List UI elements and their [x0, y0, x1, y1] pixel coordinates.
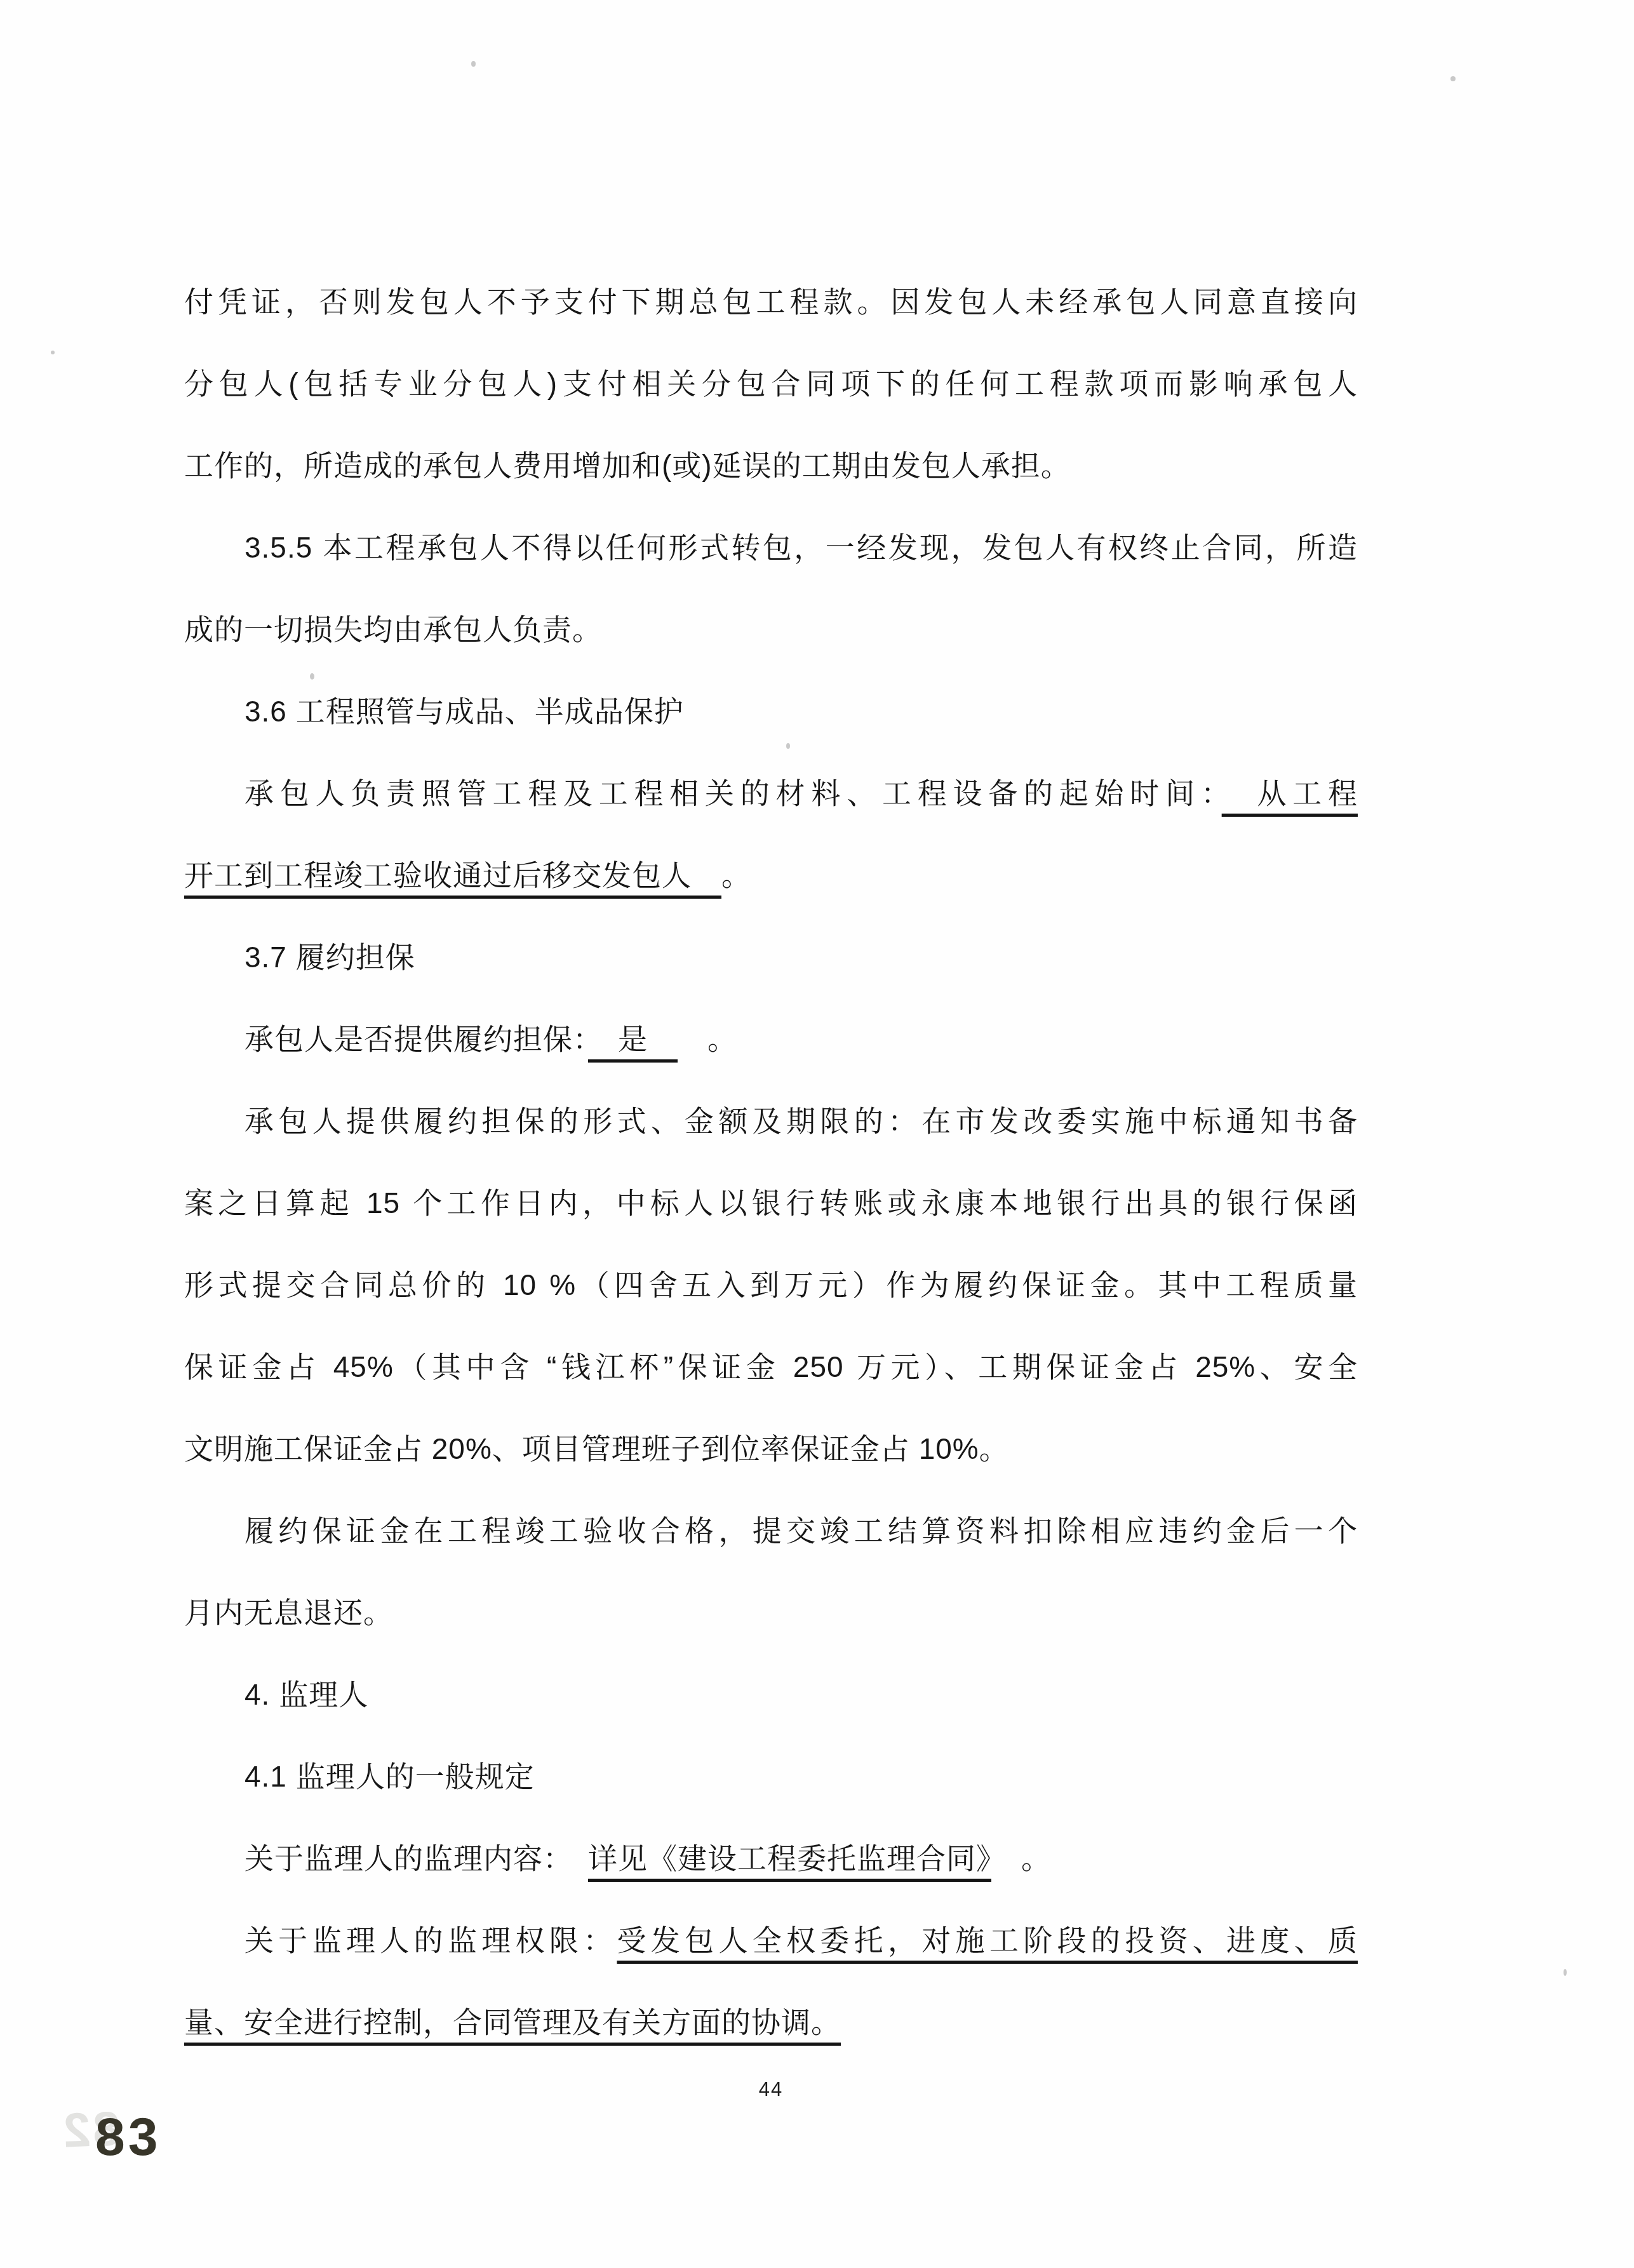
text-segment: 月内无息退还。 — [184, 1596, 393, 1629]
text-line: 承包人提供履约担保的形式、金额及期限的：在市发改委实施中标通知书备 — [184, 1080, 1358, 1162]
text-segment: 4. 监理人 — [244, 1678, 368, 1711]
scan-speck — [1564, 1969, 1567, 1976]
text-segment: 成的一切损失均由承包人负责。 — [184, 613, 602, 646]
text-segment: 工作的，所造成的承包人费用增加和(或)延误的工期由发包人承担。 — [184, 449, 1071, 482]
text-segment: 付凭证，否则发包人不予支付下期总包工程款。因发包人未经承包人同意直接向 — [184, 285, 1358, 318]
text-line: 4.1 监理人的一般规定 — [184, 1736, 1358, 1818]
text-line: 形式提交合同总价的 10 %（四舍五入到万元）作为履约保证金。其中工程质量 — [184, 1244, 1358, 1326]
text-line: 保证金占 45%（其中含 “钱江杯”保证金 250 万元）、工期保证金占 25%… — [184, 1326, 1358, 1408]
underlined-entry: 从工程 — [1222, 777, 1358, 810]
text-line: 承包人负责照管工程及工程相关的材料、工程设备的起始时间： 从工程 — [184, 753, 1358, 835]
text-segment: 文明施工保证金占 20%、项目管理班子到位率保证金占 10%。 — [184, 1432, 1009, 1465]
text-line: 3.7 履约担保 — [184, 916, 1358, 998]
text-segment: 关于监理人的监理内容： — [244, 1842, 588, 1875]
stamped-sheet-number: 83 — [95, 2106, 161, 2168]
scan-speck — [1450, 76, 1456, 81]
text-segment: 4.1 监理人的一般规定 — [244, 1760, 535, 1793]
text-segment: 承包人负责照管工程及工程相关的材料、工程设备的起始时间： — [244, 777, 1222, 810]
text-line: 关于监理人的监理权限：受发包人全权委托，对施工阶段的投资、进度、质 — [184, 1900, 1358, 1982]
text-segment: 关于监理人的监理权限： — [244, 1924, 617, 1957]
text-segment: 3.7 履约担保 — [244, 941, 415, 974]
scan-speck — [786, 743, 790, 749]
text-segment: 形式提交合同总价的 10 %（四舍五入到万元）作为履约保证金。其中工程质量 — [184, 1268, 1358, 1301]
contract-text-block: 付凭证，否则发包人不予支付下期总包工程款。因发包人未经承包人同意直接向分包人(包… — [184, 261, 1358, 2063]
underlined-entry: 详见《建设工程委托监理合同》 — [588, 1842, 991, 1875]
text-segment: 案之日算起 15 个工作日内，中标人以银行转账或永康本地银行出具的银行保函 — [184, 1186, 1358, 1219]
text-line: 月内无息退还。 — [184, 1572, 1358, 1654]
scan-speck — [51, 351, 55, 354]
underlined-entry: 开工到工程竣工验收通过后移交发包人 — [184, 859, 721, 892]
text-line: 量、安全进行控制，合同管理及有关方面的协调。 — [184, 1982, 1358, 2063]
text-line: 履约保证金在工程竣工验收合格，提交竣工结算资料扣除相应违约金后一个 — [184, 1490, 1358, 1572]
text-line: 案之日算起 15 个工作日内，中标人以银行转账或永康本地银行出具的银行保函 — [184, 1162, 1358, 1244]
text-line: 文明施工保证金占 20%、项目管理班子到位率保证金占 10%。 — [184, 1408, 1358, 1490]
scan-speck — [310, 673, 314, 680]
text-line: 付凭证，否则发包人不予支付下期总包工程款。因发包人未经承包人同意直接向 — [184, 261, 1358, 343]
underlined-entry: 受发包人全权委托，对施工阶段的投资、进度、质 — [617, 1924, 1358, 1957]
text-segment: 分包人(包括专业分包人)支付相关分包合同项下的任何工程款项而影响承包人 — [184, 367, 1358, 400]
text-line: 4. 监理人 — [184, 1654, 1358, 1736]
text-segment: 。 — [678, 1023, 737, 1056]
scan-speck — [471, 61, 476, 67]
text-line: 关于监理人的监理内容： 详见《建设工程委托监理合同》 。 — [184, 1818, 1358, 1900]
underlined-entry: 是 — [588, 1023, 678, 1056]
text-segment: 保证金占 45%（其中含 “钱江杯”保证金 250 万元）、工期保证金占 25%… — [184, 1350, 1358, 1383]
text-segment: 3.5.5 本工程承包人不得以任何形式转包，一经发现，发包人有权终止合同，所造 — [244, 531, 1358, 564]
page-number: 44 — [184, 2078, 1358, 2101]
text-line: 3.5.5 本工程承包人不得以任何形式转包，一经发现，发包人有权终止合同，所造 — [184, 507, 1358, 589]
text-segment: 。 — [991, 1842, 1051, 1875]
text-segment: 承包人是否提供履约担保： — [244, 1023, 588, 1056]
text-line: 分包人(包括专业分包人)支付相关分包合同项下的任何工程款项而影响承包人 — [184, 343, 1358, 425]
text-segment: 履约保证金在工程竣工验收合格，提交竣工结算资料扣除相应违约金后一个 — [244, 1514, 1358, 1547]
text-segment: 3.6 工程照管与成品、半成品保护 — [244, 695, 684, 728]
text-segment: 承包人提供履约担保的形式、金额及期限的：在市发改委实施中标通知书备 — [244, 1104, 1358, 1137]
text-line: 工作的，所造成的承包人费用增加和(或)延误的工期由发包人承担。 — [184, 425, 1358, 507]
text-line: 开工到工程竣工验收通过后移交发包人 。 — [184, 835, 1358, 916]
underlined-entry: 量、安全进行控制，合同管理及有关方面的协调。 — [184, 2006, 841, 2039]
text-line: 成的一切损失均由承包人负责。 — [184, 589, 1358, 671]
text-segment: 。 — [721, 859, 751, 892]
text-line: 承包人是否提供履约担保： 是 。 — [184, 998, 1358, 1080]
text-line: 3.6 工程照管与成品、半成品保护 — [184, 671, 1358, 753]
scanned-contract-page: 付凭证，否则发包人不予支付下期总包工程款。因发包人未经承包人同意直接向分包人(包… — [0, 0, 1634, 2268]
